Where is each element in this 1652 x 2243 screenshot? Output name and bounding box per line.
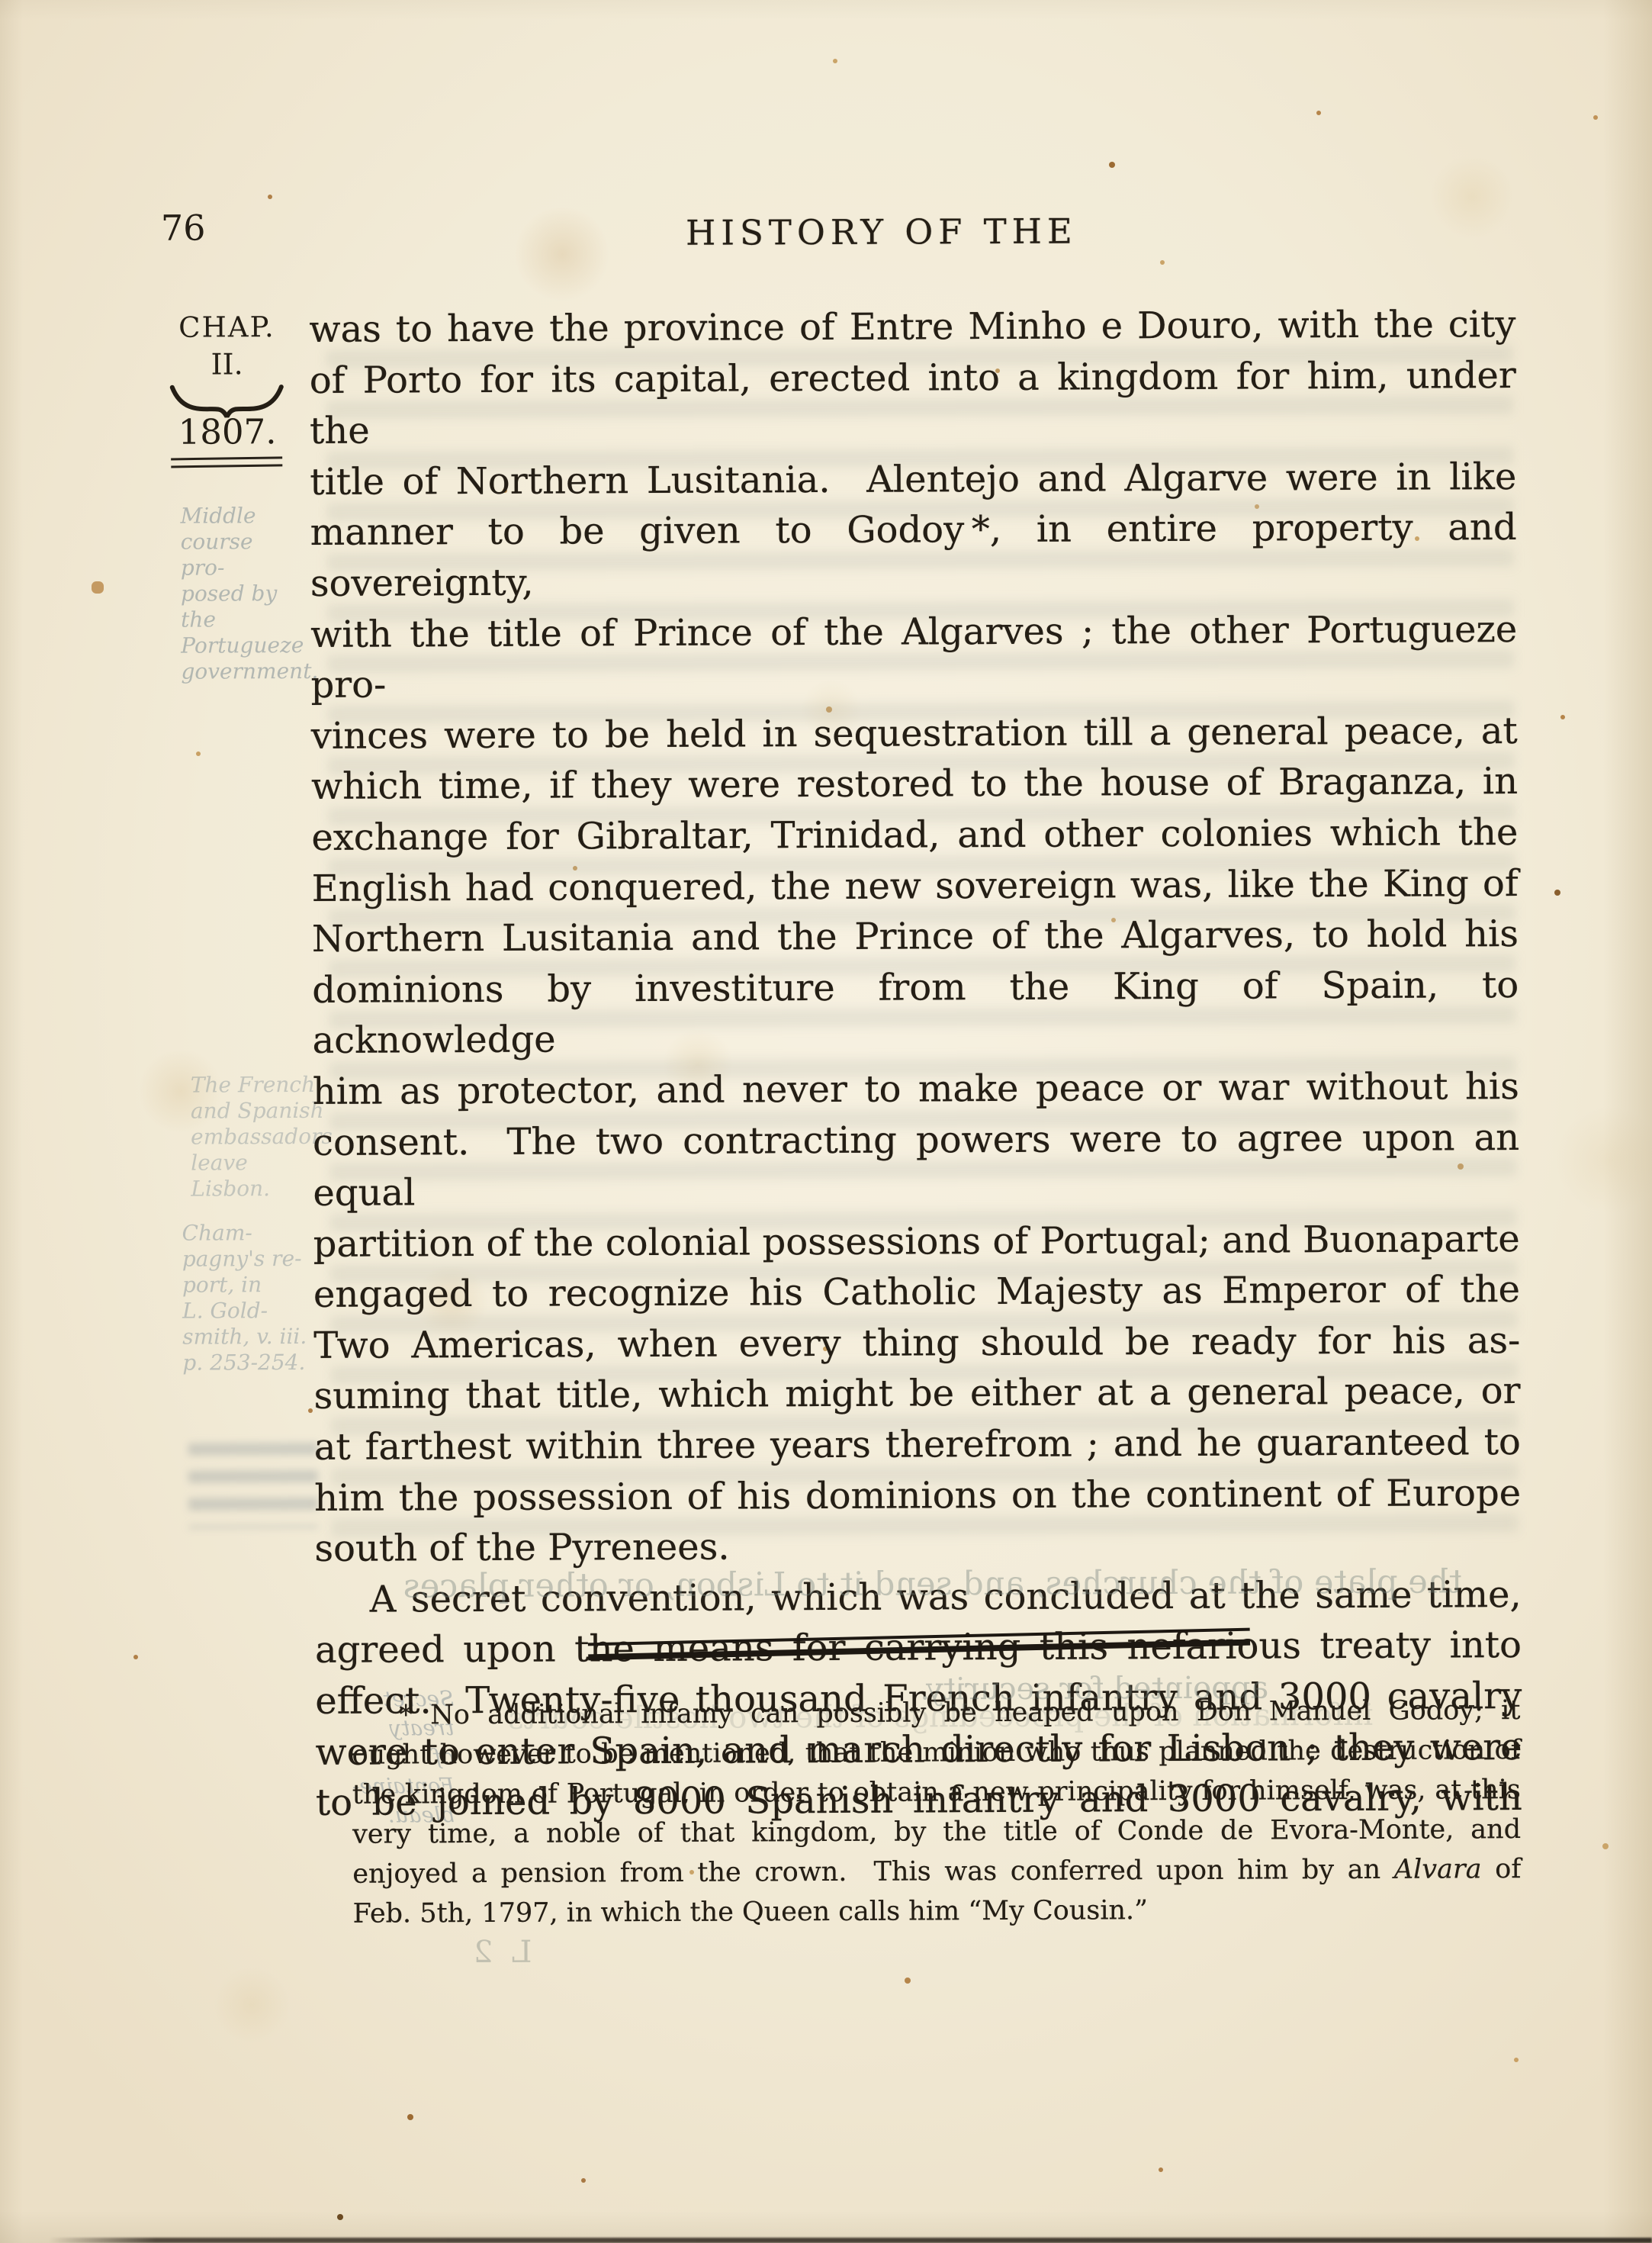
ghost-note-line: government.	[181, 658, 299, 685]
ghost-note-line: Cham-	[182, 1220, 323, 1247]
text-line: English had conquered, the new sovereign…	[312, 858, 1519, 914]
text-line: manner to be given to Godoy *, in entire…	[310, 502, 1517, 609]
footnote-line: the kingdom of Portugal, in order to obt…	[352, 1770, 1521, 1815]
footnote-line: ought however to be mentioned, that the …	[352, 1730, 1521, 1775]
text-line: partition of the colonial possessions of…	[313, 1214, 1520, 1270]
text-line: Two Americas, when every thing should be…	[313, 1315, 1520, 1371]
ghost-note-line: L. Gold-	[182, 1298, 323, 1324]
ghost-note-line: port, in	[182, 1272, 323, 1298]
body-text: was to have the province of Entre Minho …	[309, 299, 1522, 1829]
ghost-note-line: Portugueze	[181, 632, 299, 659]
running-head: HISTORY OF THE	[538, 211, 1225, 254]
ghost-margin-smudge	[188, 1443, 318, 1529]
ghost-note-line: and Spanish	[191, 1098, 324, 1125]
footnote-line: * No additional infamy can possibly be h…	[352, 1691, 1520, 1736]
ghost-note-line: course pro-	[181, 529, 299, 581]
text-line: at farthest within three years therefrom…	[314, 1417, 1521, 1472]
text-line: exchange for Gibraltar, Trinidad, and ot…	[311, 807, 1518, 863]
ghost-note-line: posed by the	[181, 581, 299, 633]
ghost-margin-note: The Frenchand SpanishembassadorsleaveLis…	[191, 1072, 325, 1202]
book-page-scan: 76 HISTORY OF THE CHAP. II. 1807. Middle…	[0, 0, 1652, 2243]
text-line: was to have the province of Entre Minho …	[309, 299, 1515, 355]
text-line: title of Northern Lusitania. Alentejo an…	[310, 452, 1516, 507]
text-line: south of the Pyrenees.	[314, 1518, 1521, 1574]
paragraph: was to have the province of Entre Minho …	[309, 299, 1521, 1575]
ghost-margin-note: Cham-pagny's re-port, inL. Gold-smith, v…	[182, 1220, 324, 1376]
page-number: 76	[161, 208, 206, 249]
text-line: him the possession of his dominions on t…	[314, 1468, 1521, 1524]
text-line: with the title of Prince of the Algarves…	[310, 604, 1518, 711]
ghost-margin-note: Middlecourse pro-posed by thePortuguezeg…	[180, 503, 299, 685]
text-line: Northern Lusitania and the Prince of the…	[312, 909, 1519, 964]
footnote-line: very time, a noble of that kingdom, by t…	[352, 1810, 1521, 1855]
text-line: of Porto for its capital, erected into a…	[310, 350, 1517, 457]
page-bottom-edge-shadow	[49, 2238, 1652, 2243]
ghost-note-line: embassadors	[191, 1124, 324, 1150]
text-line: which time, if they were restored to the…	[311, 756, 1518, 812]
text-line: dominions by investiture from the King o…	[312, 960, 1519, 1067]
chapter-label: CHAP.	[166, 311, 288, 344]
text-line: suming that title, which might be either…	[313, 1366, 1520, 1421]
text-line: consent. The two contracting powers were…	[313, 1112, 1520, 1219]
text-line: vinces were to be held in sequestration …	[311, 706, 1518, 761]
chapter-numeral: II.	[166, 347, 288, 381]
ghost-note-line: leave	[191, 1150, 324, 1176]
text-line: engaged to recognize his Catholic Majest…	[313, 1264, 1520, 1320]
ghost-note-line: Lisbon.	[191, 1176, 324, 1202]
text-line: A secret convention, which was concluded…	[315, 1569, 1522, 1625]
year-label: 1807.	[166, 411, 288, 452]
footnote: * No additional infamy can possibly be h…	[352, 1691, 1521, 1934]
ghost-signature: L 2	[469, 1935, 532, 1970]
footnote-line: enjoyed a pension from the crown. This w…	[352, 1849, 1521, 1894]
page-content: 76 HISTORY OF THE CHAP. II. 1807. Middle…	[0, 0, 1652, 2243]
footnote-line: Feb. 5th, 1797, in which the Queen calls…	[352, 1889, 1521, 1934]
ghost-note-line: pagny's re-	[182, 1246, 323, 1273]
ghost-note-line: smith, v. iii.	[182, 1324, 323, 1350]
ghost-note-line: Middle	[180, 503, 298, 529]
ghost-note-line: p. 253-254.	[182, 1350, 323, 1376]
text-line: him as protector, and never to make peac…	[313, 1061, 1519, 1117]
year-underline	[171, 456, 282, 468]
ghost-note-line: The French	[191, 1072, 324, 1099]
